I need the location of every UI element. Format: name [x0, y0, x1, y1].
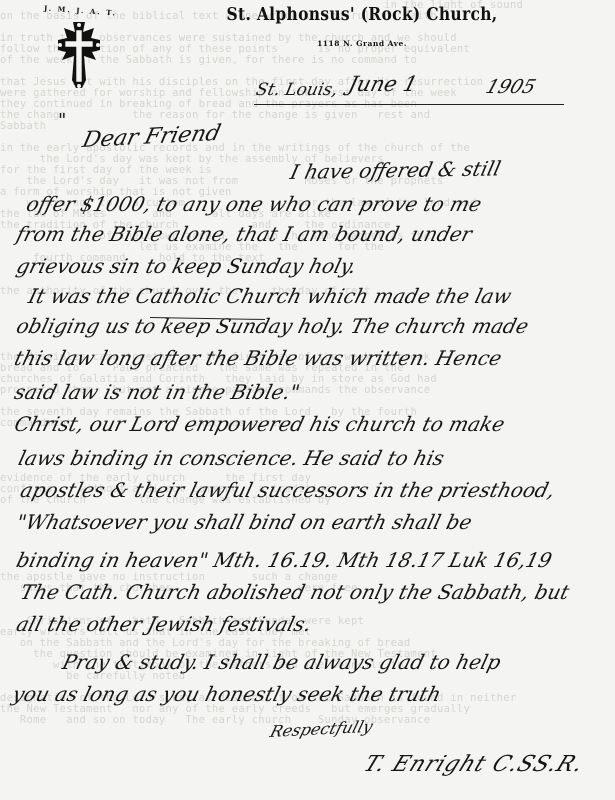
church-address: 1118 N. Grand Ave. [212, 39, 512, 48]
church-name: St. Alphonsus' (Rock) Church, [212, 3, 512, 25]
letter-line: grievous sin to keep Sunday holy. [14, 254, 359, 278]
letter-line: offer $1000, to any one who can prove to… [24, 192, 484, 216]
letter-line: said law is not in the Bible." [12, 380, 302, 404]
letter-page: J. M. J. A. T. St. Alphonsus' (Rock) Chu… [0, 0, 615, 800]
letter-line: from the Bible alone, that I am bound, u… [14, 222, 475, 246]
letter-line: obliging us to keep Sunday holy. The chu… [14, 314, 531, 338]
letter-line: all the other Jewish festivals. [14, 612, 314, 636]
letter-line: binding in heaven" Mth. 16.19. Mth 18.17… [14, 548, 554, 572]
date-month-day: June 1 [346, 72, 420, 96]
letter-line: laws binding in conscience. He said to h… [16, 446, 447, 470]
letter-line: you as long as you honestly seek the tru… [10, 682, 444, 706]
signature: T. Enright C.SS.R. [360, 752, 588, 777]
letter-line: "Whatsoever you shall bind on earth shal… [14, 510, 475, 534]
letter-line: this law long after the Bible was writte… [12, 346, 504, 370]
letter-line: The Cath. Church abolished not only the … [18, 580, 572, 604]
cross-icon [56, 20, 102, 92]
date-place: St. Louis, [254, 80, 340, 100]
date-underline [254, 104, 564, 105]
letter-line: Christ, our Lord empowered his church to… [12, 412, 507, 436]
letter-line: apostles & their lawful successors in th… [18, 478, 558, 502]
date-year: 1905 [483, 76, 539, 98]
opening-quote-mark: " [58, 110, 66, 131]
salutation: Dear Friend [80, 121, 223, 153]
letterhead-motto: J. M. J. A. T. [44, 3, 117, 17]
letter-line: I have offered & still [288, 156, 503, 184]
letter-line: Pray & study. I shall be always glad to … [60, 650, 503, 674]
letter-line: It was the Catholic Church which made th… [26, 284, 514, 308]
closing: Respectfully [268, 717, 375, 741]
